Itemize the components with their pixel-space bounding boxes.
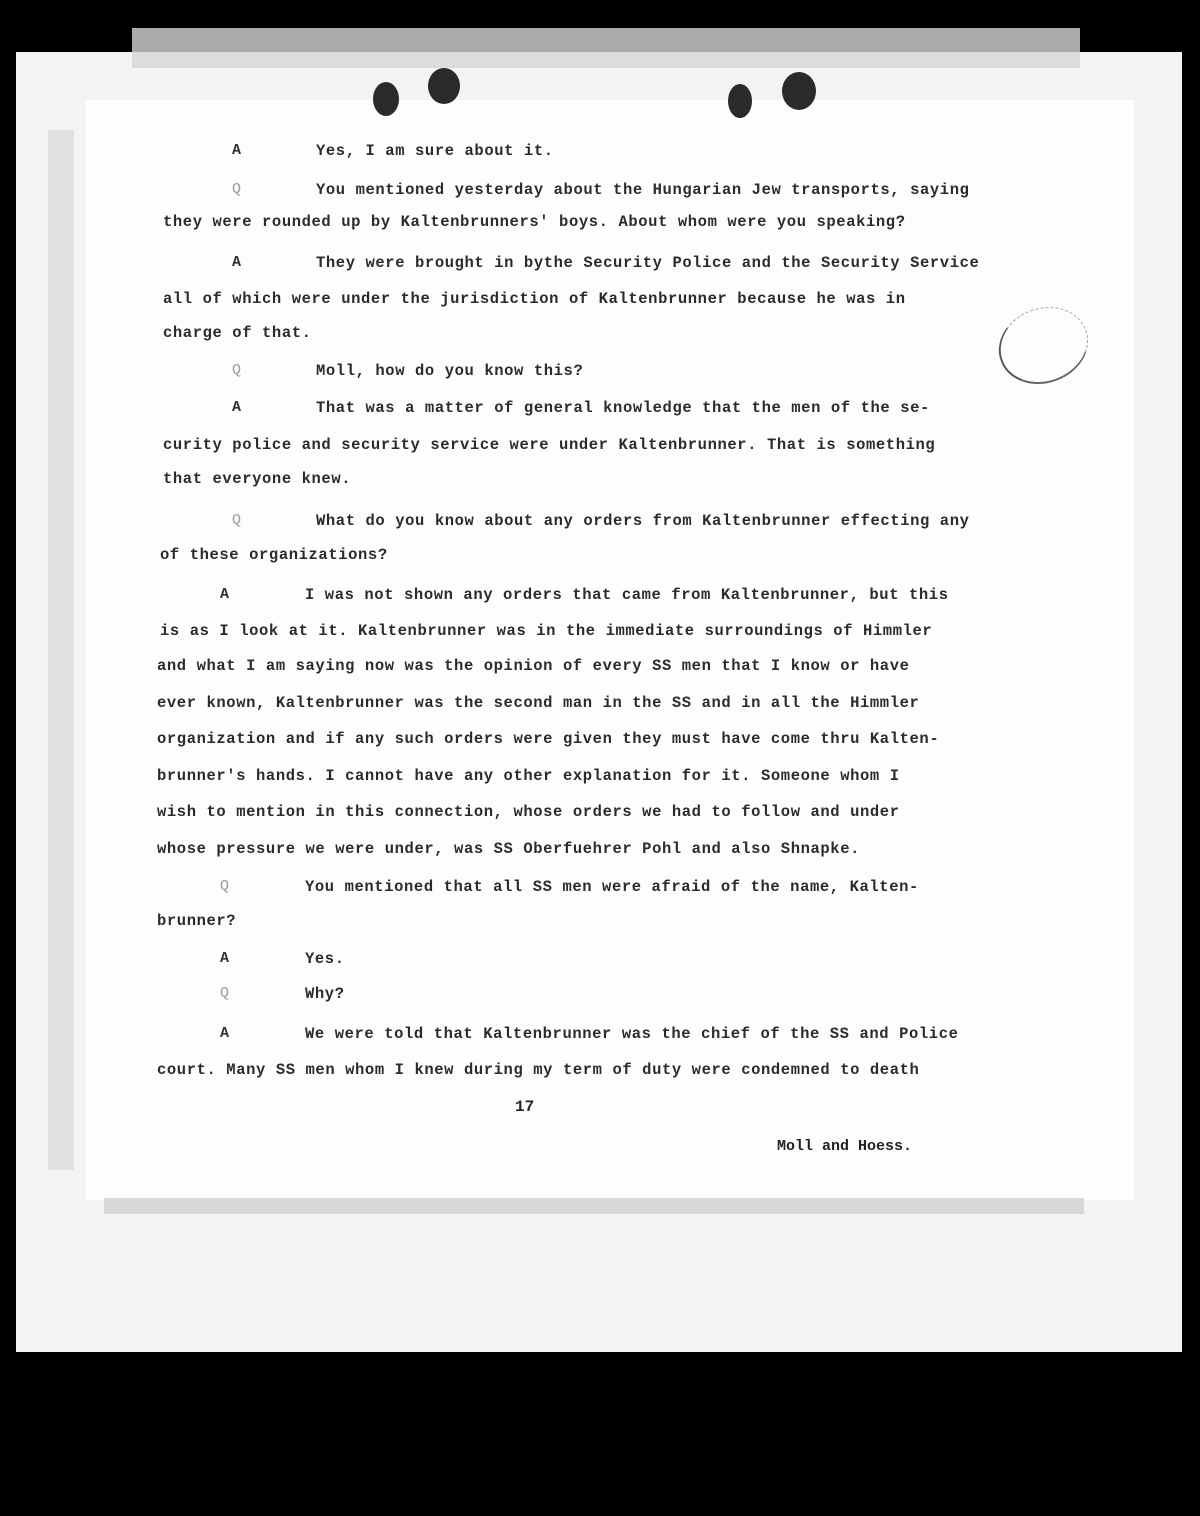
continuation-line: and what I am saying now was the opinion… [157, 657, 910, 675]
answer-line: Yes, I am sure about it. [316, 142, 554, 160]
continuation-line: charge of that. [163, 324, 312, 342]
continuation-line: whose pressure we were under, was SS Obe… [157, 840, 860, 858]
speaker-label: A [232, 399, 241, 416]
answer-line: Yes. [305, 950, 345, 968]
speaker-label: Q [220, 878, 229, 895]
continuation-line: brunner's hands. I cannot have any other… [157, 767, 900, 785]
speaker-label: Q [232, 181, 241, 198]
speaker-label: A [220, 950, 229, 967]
speaker-label: A [232, 142, 241, 159]
continuation-line: court. Many SS men whom I knew during my… [157, 1061, 919, 1079]
answer-line: We were told that Kaltenbrunner was the … [305, 1025, 959, 1043]
continuation-line: organization and if any such orders were… [157, 730, 939, 748]
continuation-line: of these organizations? [160, 546, 388, 564]
continuation-line: curity police and security service were … [163, 436, 935, 454]
question-line: Moll, how do you know this? [316, 362, 583, 380]
signature: Moll and Hoess. [777, 1138, 912, 1155]
continuation-line: all of which were under the jurisdiction… [163, 290, 906, 308]
question-line: What do you know about any orders from K… [316, 512, 970, 530]
page-number: 17 [515, 1098, 534, 1116]
continuation-line: ever known, Kaltenbrunner was the second… [157, 694, 919, 712]
answer-line: I was not shown any orders that came fro… [305, 586, 949, 604]
question-line: You mentioned yesterday about the Hungar… [316, 181, 970, 199]
speaker-label: Q [232, 362, 241, 379]
speaker-label: A [220, 586, 229, 603]
speaker-label: Q [232, 512, 241, 529]
question-line: You mentioned that all SS men were afrai… [305, 878, 919, 896]
speaker-label: A [232, 254, 241, 271]
speaker-label: Q [220, 985, 229, 1002]
continuation-line: is as I look at it. Kaltenbrunner was in… [160, 622, 932, 640]
transcript-body: AYes, I am sure about it.QYou mentioned … [0, 0, 1200, 1516]
continuation-line: that everyone knew. [163, 470, 351, 488]
speaker-label: A [220, 1025, 229, 1042]
answer-line: They were brought in bythe Security Poli… [316, 254, 979, 272]
continuation-line: brunner? [157, 912, 236, 930]
question-line: Why? [305, 985, 345, 1003]
continuation-line: they were rounded up by Kaltenbrunners' … [163, 213, 906, 231]
answer-line: That was a matter of general knowledge t… [316, 399, 930, 417]
continuation-line: wish to mention in this connection, whos… [157, 803, 900, 821]
